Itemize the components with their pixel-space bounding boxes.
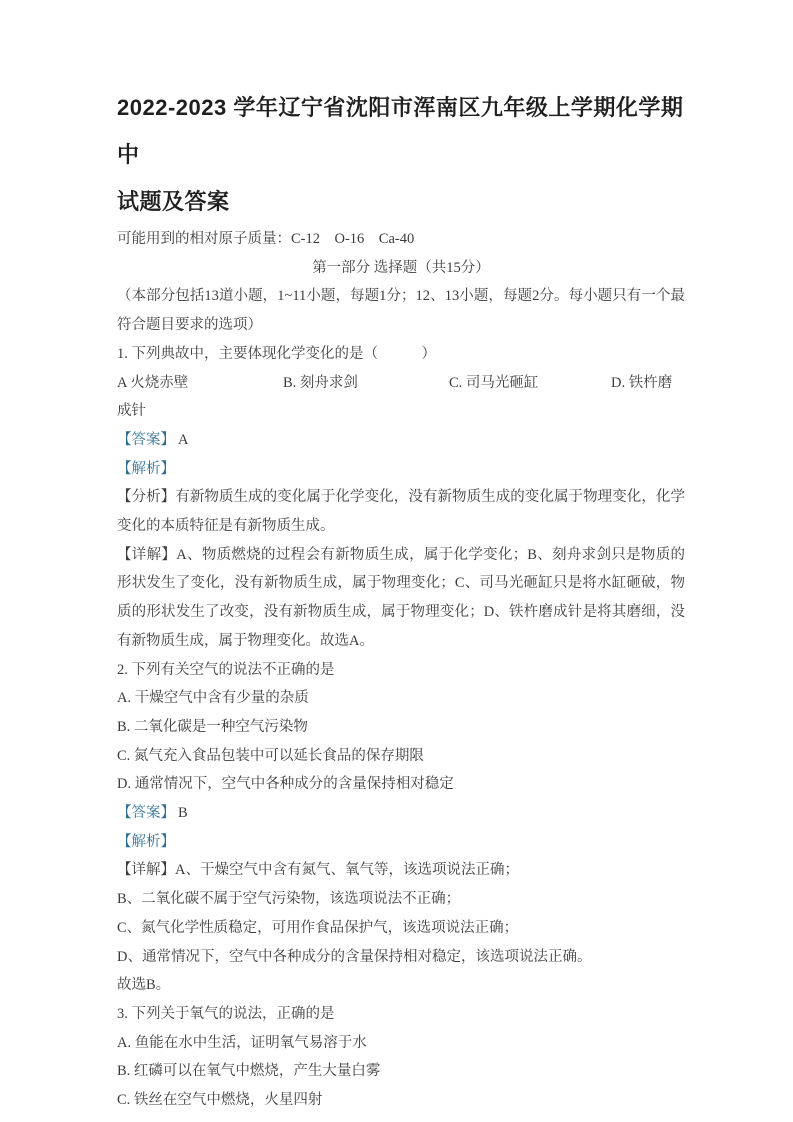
question-1-analysis-tag-line: 【解析】 [117,455,685,484]
question-2-detail-line-1: 【详解】A、干燥空气中含有氮气、氧气等，该选项说法正确； [117,856,685,885]
doc-title: 2022-2023 学年辽宁省沈阳市浑南区九年级上学期化学期中 试题及答案 [117,84,685,225]
question-2-stem: 2. 下列有关空气的说法不正确的是 [117,656,685,685]
question-3-stem: 3. 下列关于氧气的说法，正确的是 [117,1000,685,1029]
question-1-options-row: A 火烧赤壁 B. 刻舟求剑 C. 司马光砸缸 D. 铁杵磨 ． [117,369,685,398]
document-page: 2022-2023 学年辽宁省沈阳市浑南区九年级上学期化学期中 试题及答案 可能… [0,0,793,1122]
question-2-detail-line-3: C、氮气化学性质稳定，可用作食品保护气，该选项说法正确； [117,914,685,943]
question-2-option-d: D. 通常情况下，空气中各种成分的含量保持相对稳定 [117,770,685,799]
answer-value: A [178,432,188,448]
answer-value: B [178,805,188,821]
question-3-option-a: A. 鱼能在水中生活，证明氧气易溶于水 [117,1029,685,1058]
question-1-option-d-overflow: 成针 [117,397,685,426]
question-2-detail-line-2: B、二氧化碳不属于空气污染物，该选项说法不正确； [117,885,685,914]
doc-title-line1: 2022-2023 学年辽宁省沈阳市浑南区九年级上学期化学期中 [117,84,685,178]
atomic-mass-note: 可能用到的相对原子质量：C-12 O-16 Ca-40 [117,225,685,254]
section-heading: 第一部分 选择题（共15分） [117,254,685,283]
question-1-option-d: D. 铁杵磨 [611,369,672,398]
analysis-tag: 【解析】 [117,461,175,477]
question-1-answer-line: 【答案】A [117,426,685,455]
question-1-option-b: B. 刻舟求剑 [283,369,358,398]
question-2-option-c: C. 氮气充入食品包装中可以延长食品的保存期限 [117,742,685,771]
analysis-tag: 【解析】 [117,834,175,850]
question-2-detail-line-5: 故选B。 [117,971,685,1000]
question-1-option-c: C. 司马光砸缸 [449,369,538,398]
question-1-analysis-paragraph: 【分析】有新物质生成的变化属于化学变化，没有新物质生成的变化属于物理变化，化学变… [117,483,685,540]
question-1-stem: 1. 下列典故中，主要体现化学变化的是（ ） [117,340,685,369]
question-2-answer-line: 【答案】B [117,799,685,828]
answer-tag: 【答案】 [117,432,175,448]
question-3-option-b: B. 红磷可以在氧气中燃烧，产生大量白雾 [117,1057,685,1086]
question-2-analysis-tag-line: 【解析】 [117,828,685,857]
question-3-option-c: C. 铁丝在空气中燃烧，火星四射 [117,1086,685,1115]
answer-tag: 【答案】 [117,805,175,821]
question-2-option-a: A. 干燥空气中含有少量的杂质 [117,684,685,713]
question-1-detail-paragraph: 【详解】A、物质燃烧的过程会有新物质生成，属于化学变化；B、刻舟求剑只是物质的形… [117,541,685,656]
stray-period: ． [120,390,131,419]
doc-title-line2: 试题及答案 [117,178,685,225]
question-2-detail-line-4: D、通常情况下，空气中各种成分的含量保持相对稳定，该选项说法正确。 [117,943,685,972]
section-note: （本部分包括13道小题，1~11小题，每题1分；12、13小题，每题2分。每小题… [117,282,685,339]
question-2-option-b: B. 二氧化碳是一种空气污染物 [117,713,685,742]
